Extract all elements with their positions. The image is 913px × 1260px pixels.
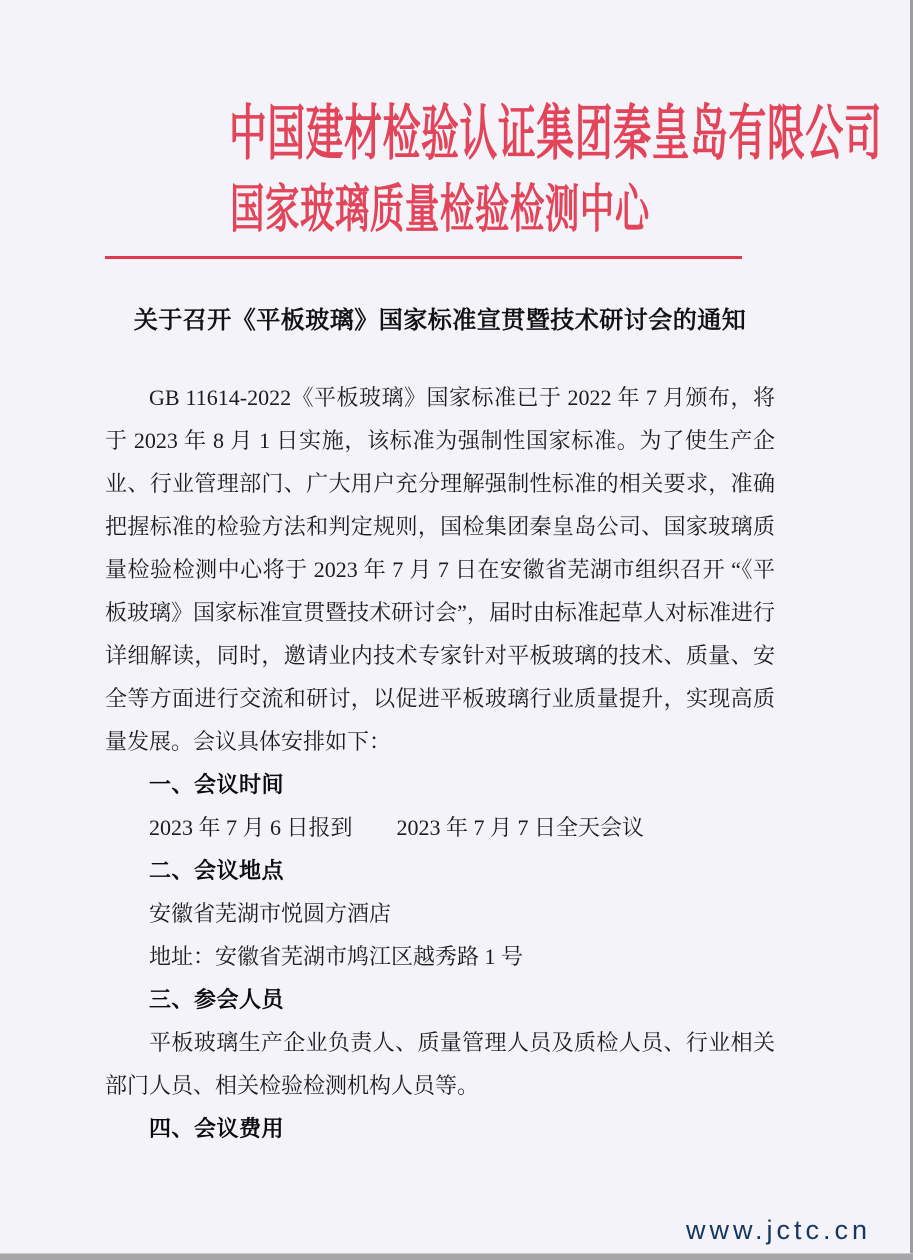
section-heading-participants: 三、参会人员 [105, 978, 775, 1021]
scan-edge-bottom [0, 1253, 913, 1260]
letterhead-company-name: 中国建材检验认证集团秦皇岛有限公司 [229, 98, 651, 170]
section-heading-meeting-time: 一、会议时间 [105, 763, 775, 806]
meeting-time-line: 2023 年 7 月 6 日报到 2023 年 7 月 7 日全天会议 [105, 806, 775, 849]
notice-body: GB 11614-2022《平板玻璃》国家标准已于 2022 年 7 月颁布，将… [105, 376, 775, 1150]
notice-title: 关于召开《平板玻璃》国家标准宣贯暨技术研讨会的通知 [105, 306, 775, 336]
document-content: 中国建材检验认证集团秦皇岛有限公司 国家玻璃质量检验检测中心 关于召开《平板玻璃… [105, 0, 775, 1150]
letterhead-divider [105, 256, 742, 259]
letterhead: 中国建材检验认证集团秦皇岛有限公司 国家玻璃质量检验检测中心 [105, 98, 775, 259]
section-heading-meeting-fee: 四、会议费用 [105, 1107, 775, 1150]
letterhead-center-name: 国家玻璃质量检验检测中心 [219, 180, 661, 240]
intro-paragraph: GB 11614-2022《平板玻璃》国家标准已于 2022 年 7 月颁布，将… [105, 376, 775, 763]
meeting-place-address: 地址：安徽省芜湖市鸠江区越秀路 1 号 [105, 935, 775, 978]
participants-line: 平板玻璃生产企业负责人、质量管理人员及质检人员、行业相关部门人员、相关检验检测机… [105, 1021, 775, 1107]
section-heading-meeting-place: 二、会议地点 [105, 849, 775, 892]
document-page: 中国建材检验认证集团秦皇岛有限公司 国家玻璃质量检验检测中心 关于召开《平板玻璃… [0, 0, 913, 1260]
meeting-place-hotel: 安徽省芜湖市悦圆方酒店 [105, 892, 775, 935]
website-watermark: www.jctc.cn [686, 1215, 871, 1246]
